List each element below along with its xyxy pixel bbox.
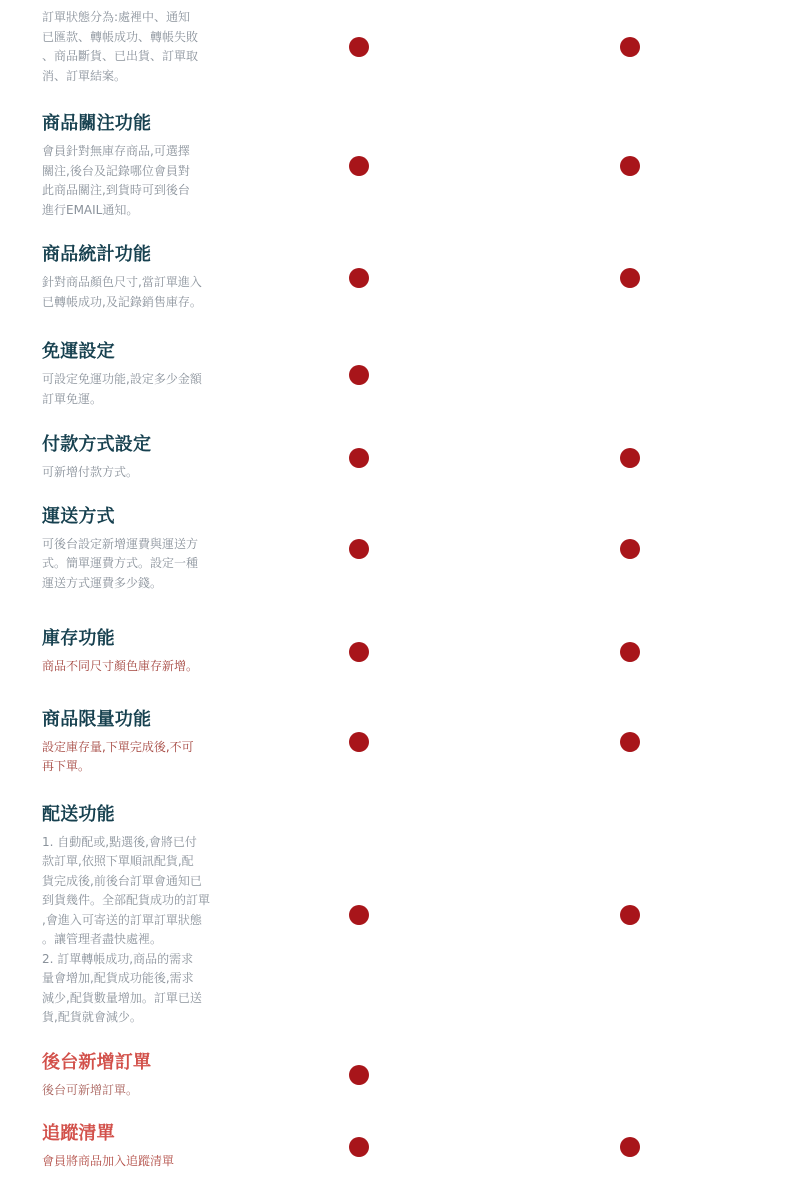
- feature-heading: 商品限量功能: [42, 708, 758, 732]
- feature-section: 商品關注功能 會員針對無庫存商品,可選擇 關注,後台及記錄哪位會員對 此商品關注…: [42, 112, 758, 220]
- feature-description: 訂單狀態分為:處裡中、通知 已匯款、轉帳成功、轉帳失敗 、商品斷貨、已出貨、訂單…: [42, 8, 237, 86]
- feature-heading: 商品統計功能: [42, 243, 758, 267]
- availability-dot-col1: [349, 732, 369, 752]
- availability-dot-col1: [349, 905, 369, 925]
- feature-heading: 後台新增訂單: [42, 1051, 758, 1075]
- availability-dot-col2: [620, 642, 640, 662]
- feature-section: 運送方式 可後台設定新增運費與運送方 式。簡單運費方式。設定一種 運送方式運費多…: [42, 505, 758, 594]
- feature-heading: 配送功能: [42, 803, 758, 827]
- feature-description: 可新增付款方式。: [42, 463, 237, 483]
- feature-section: 免運設定 可設定免運功能,設定多少金額 訂單免運。: [42, 340, 758, 409]
- feature-description: 後台可新增訂單。: [42, 1081, 237, 1101]
- availability-dot-col1: [349, 1137, 369, 1157]
- feature-comparison-table: 訂單狀態分為:處裡中、通知 已匯款、轉帳成功、轉帳失敗 、商品斷貨、已出貨、訂單…: [0, 0, 800, 1172]
- feature-section: 商品統計功能 針對商品顏色尺寸,當訂單進入 已轉帳成功,及記錄銷售庫存。: [42, 243, 758, 312]
- feature-section: 訂單狀態分為:處裡中、通知 已匯款、轉帳成功、轉帳失敗 、商品斷貨、已出貨、訂單…: [42, 8, 758, 86]
- availability-dot-col1: [349, 448, 369, 468]
- availability-dot-col1: [349, 156, 369, 176]
- availability-dot-col1: [349, 37, 369, 57]
- availability-dot-col2: [620, 156, 640, 176]
- availability-dot-col2: [620, 1137, 640, 1157]
- feature-description: 會員將商品加入追蹤清單: [42, 1152, 237, 1172]
- availability-dot-col1: [349, 642, 369, 662]
- feature-heading: 運送方式: [42, 505, 758, 529]
- feature-section: 後台新增訂單 後台可新增訂單。: [42, 1051, 758, 1101]
- feature-description: 可設定免運功能,設定多少金額 訂單免運。: [42, 370, 237, 409]
- feature-section: 付款方式設定 可新增付款方式。: [42, 433, 758, 483]
- feature-heading: 免運設定: [42, 340, 758, 364]
- availability-dot-col1: [349, 539, 369, 559]
- availability-dot-col1: [349, 1065, 369, 1085]
- feature-heading: 追蹤清單: [42, 1122, 758, 1146]
- availability-dot-col2: [620, 268, 640, 288]
- feature-section: 追蹤清單 會員將商品加入追蹤清單: [42, 1122, 758, 1172]
- availability-dot-col2: [620, 905, 640, 925]
- feature-heading: 商品關注功能: [42, 112, 758, 136]
- availability-dot-col2: [620, 539, 640, 559]
- feature-description: 設定庫存量,下單完成後,不可 再下單。: [42, 738, 237, 777]
- availability-dot-col2: [620, 448, 640, 468]
- feature-description: 商品不同尺寸顏色庫存新增。: [42, 657, 237, 677]
- feature-section: 庫存功能 商品不同尺寸顏色庫存新增。: [42, 627, 758, 677]
- feature-heading: 庫存功能: [42, 627, 758, 651]
- feature-section: 商品限量功能 設定庫存量,下單完成後,不可 再下單。: [42, 708, 758, 777]
- availability-dot-col2: [620, 732, 640, 752]
- feature-description: 會員針對無庫存商品,可選擇 關注,後台及記錄哪位會員對 此商品關注,到貨時可到後…: [42, 142, 237, 220]
- feature-heading: 付款方式設定: [42, 433, 758, 457]
- availability-dot-col1: [349, 365, 369, 385]
- feature-description: 1. 自動配或,點選後,會將已付 款訂單,依照下單順訊配貨,配 貨完成後,前後台…: [42, 833, 237, 1028]
- feature-description: 針對商品顏色尺寸,當訂單進入 已轉帳成功,及記錄銷售庫存。: [42, 273, 237, 312]
- availability-dot-col1: [349, 268, 369, 288]
- availability-dot-col2: [620, 37, 640, 57]
- feature-section: 配送功能 1. 自動配或,點選後,會將已付 款訂單,依照下單順訊配貨,配 貨完成…: [42, 803, 758, 1028]
- feature-description: 可後台設定新增運費與運送方 式。簡單運費方式。設定一種 運送方式運費多少錢。: [42, 535, 237, 594]
